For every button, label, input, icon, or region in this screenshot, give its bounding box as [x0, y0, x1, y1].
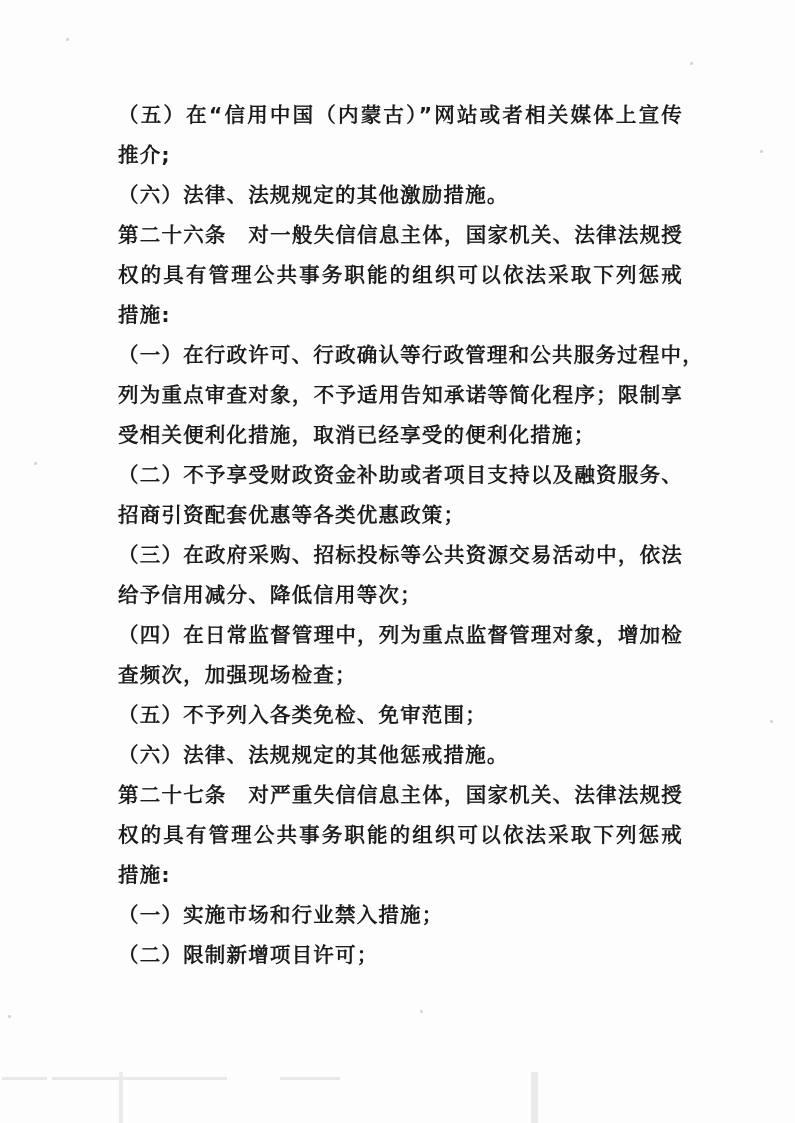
article-26-item-5: （五）不予列入各类免检、免审范围；: [118, 700, 683, 730]
article-26-item-1: （一）在行政许可、行政确认等行政管理和公共服务过程中，: [118, 340, 683, 370]
scan-artifact-line: [2, 1077, 47, 1080]
scan-speck: [420, 1010, 423, 1013]
scan-artifact-edge: [119, 1072, 123, 1123]
article-26-heading: 第二十六条 对一般失信信息主体，国家机关、法律法规授: [118, 220, 683, 250]
article-26-item-6: （六）法律、法规规定的其他惩戒措施。: [118, 740, 683, 770]
article-26-item-4-cont: 查频次，加强现场检查；: [118, 660, 683, 690]
article-27-cont-1: 权的具有管理公共事务职能的组织可以依法采取下列惩戒: [118, 820, 683, 850]
article-26-item-3: （三）在政府采购、招标投标等公共资源交易活动中，依法: [118, 540, 683, 570]
text-line-item-5-cont: 推介;: [118, 140, 683, 170]
scan-speck: [690, 62, 693, 65]
article-27-item-1: （一）实施市场和行业禁入措施；: [118, 900, 683, 930]
scan-artifact-edge: [531, 1072, 538, 1123]
text-line-item-5-publicity: （五）在“信用中国（内蒙古）”网站或者相关媒体上宣传: [118, 100, 683, 130]
article-26-item-1-cont-1: 列为重点审查对象，不予适用告知承诺等简化程序；限制享: [118, 380, 683, 410]
scan-speck: [770, 720, 773, 723]
article-26-cont-2: 措施:: [118, 300, 683, 330]
article-26-item-1-cont-2: 受相关便利化措施，取消已经享受的便利化措施；: [118, 420, 683, 450]
scan-speck: [34, 462, 37, 465]
scan-artifact-line: [52, 1077, 227, 1080]
scan-artifact-line: [280, 1077, 340, 1080]
scan-speck: [66, 38, 69, 41]
scan-speck: [8, 1015, 11, 1018]
article-26-item-2-cont: 招商引资配套优惠等各类优惠政策；: [118, 500, 683, 530]
article-26-item-2: （二）不予享受财政资金补助或者项目支持以及融资服务、: [118, 460, 683, 490]
article-27-heading: 第二十七条 对严重失信信息主体，国家机关、法律法规授: [118, 780, 683, 810]
article-27-item-2: （二）限制新增项目许可；: [118, 940, 683, 970]
article-26-item-3-cont: 给予信用减分、降低信用等次；: [118, 580, 683, 610]
text-line-item-6-incentive: （六）法律、法规规定的其他激励措施。: [118, 180, 683, 210]
scan-speck: [760, 150, 763, 153]
article-27-cont-2: 措施:: [118, 860, 683, 890]
document-page: （五）在“信用中国（内蒙古）”网站或者相关媒体上宣传 推介; （六）法律、法规规…: [0, 0, 795, 1123]
article-26-cont-1: 权的具有管理公共事务职能的组织可以依法采取下列惩戒: [118, 260, 683, 290]
article-26-item-4: （四）在日常监督管理中，列为重点监督管理对象，增加检: [118, 620, 683, 650]
